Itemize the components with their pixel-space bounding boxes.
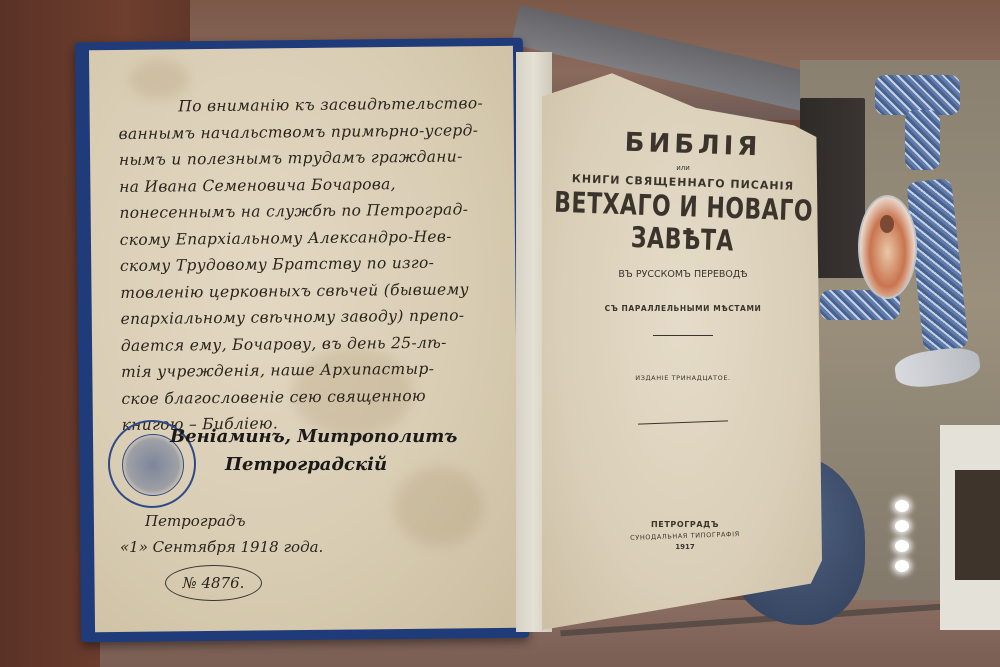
inscription-line: дается ему, Бочарову, въ день 25-лѣ- <box>121 328 511 359</box>
enamel-icon-pendant <box>858 195 917 299</box>
imprint-year: 1917 <box>610 543 760 551</box>
imprint: ПЕТРОГРАДЪ СУНОДАЛЬНАЯ ТИПОГРАФІЯ 1917 <box>610 520 760 551</box>
place: Петроградъ <box>120 508 323 534</box>
testaments-line: ВЕТХАГО И НОВАГО ЗАВѢТА <box>547 187 819 261</box>
reflected-lights <box>895 500 935 590</box>
inscription-line: ское благословеніе сею священною <box>121 381 511 412</box>
beaded-chain-middle <box>905 110 940 170</box>
book-title: БИБЛІЯ <box>568 126 819 165</box>
title-page-text: БИБЛІЯ или КНИГИ СВЯЩЕННАГО ПИСАНІЯ ВЕТХ… <box>548 130 818 423</box>
imprint-press: СУНОДАЛЬНАЯ ТИПОГРАФІЯ <box>610 529 760 542</box>
imprint-city: ПЕТРОГРАДЪ <box>610 520 760 529</box>
inscription-line: епархіальному свѣчному заводу) препо- <box>120 302 510 333</box>
metropolitan-signature: Веніаминъ, Митрополитъ Петроградскій <box>170 423 457 479</box>
title-conjunction: или <box>548 164 818 172</box>
inventory-number: № 4876. <box>165 565 262 601</box>
edition-line: ИЗДАНІЕ ТРИНАДЦАТОЕ. <box>548 374 818 382</box>
inscription-line: ваннымъ начальствомъ примѣрно-усерд- <box>118 116 508 147</box>
museum-display-scene: По вниманію къ засвидѣтельство- ваннымъ … <box>0 0 1000 667</box>
icon-figure-face <box>880 215 894 233</box>
beaded-chain-top <box>875 75 960 115</box>
parallel-passages-line: СЪ ПАРАЛЛЕЛЬНЫМИ МѢСТАМИ <box>548 304 818 313</box>
inscription-line: тія учрежденія, наше Архипастыр- <box>121 355 511 386</box>
inscription-line: скому Епархіальному Александро-Нев- <box>120 222 510 253</box>
inscription-line: понесеннымъ на службѣ по Петроград- <box>119 196 509 227</box>
divider-rule <box>653 335 713 336</box>
signature-name: Веніаминъ, Митрополитъ <box>170 423 457 451</box>
inscription-line: товленію церковныхъ свѣчей (бывшему <box>120 275 510 306</box>
place-and-date: Петроградъ «1» Сентября 1918 года. <box>120 508 323 560</box>
inscription-line: на Ивана Семеновича Бочарова, <box>119 169 509 200</box>
translation-line: ВЪ РУССКОМЪ ПЕРЕВОДѢ <box>548 269 818 280</box>
inscription-line: нымъ и полезнымъ трудамъ граждани- <box>119 143 509 174</box>
handwritten-inscription: По вниманію къ засвидѣтельство- ваннымъ … <box>118 90 512 439</box>
date: «1» Сентября 1918 года. <box>120 534 323 560</box>
label-card-inset <box>955 470 1000 580</box>
inscription-line: скому Трудовому Братству по изго- <box>120 249 510 280</box>
inscription-line: По вниманію къ засвидѣтельство- <box>118 90 508 121</box>
signature-title: Петроградскій <box>170 451 457 479</box>
